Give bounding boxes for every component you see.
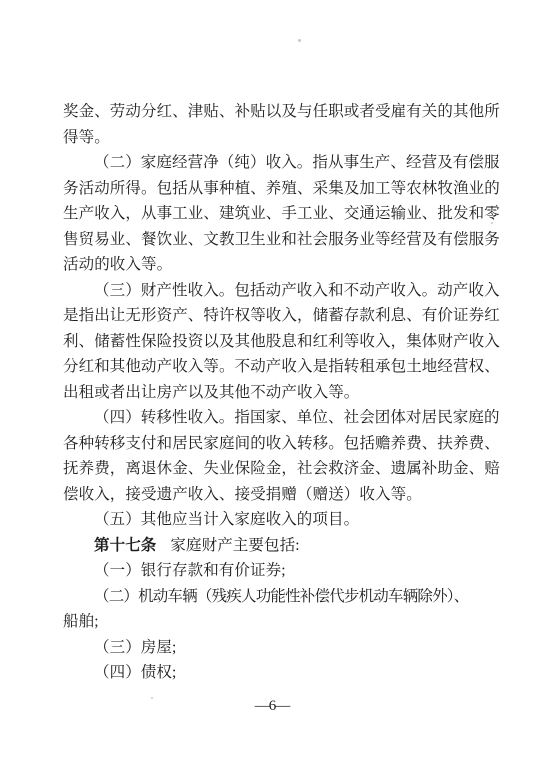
text-line: （一）银行存款和有价证券;	[63, 558, 487, 584]
text-line: 船舶;	[63, 609, 487, 635]
document-page: 奖金、劳动分红、津贴、补贴以及与任职或者受雇有关的其他所 得等。 （二）家庭经营…	[0, 0, 550, 768]
scan-speck	[491, 222, 493, 224]
page-number: —6—	[0, 697, 547, 715]
text-line: （三）财产性收入。包括动产收入和不动产收入。动产收入	[63, 278, 487, 304]
text-line: （二）家庭经营净（纯）收入。指从事生产、经营及有偿服	[63, 150, 487, 176]
text-line: 得等。	[63, 125, 487, 151]
article-title: 家庭财产主要包括:	[170, 537, 299, 554]
document-text-block: 奖金、劳动分红、津贴、补贴以及与任职或者受雇有关的其他所 得等。 （二）家庭经营…	[63, 99, 487, 686]
scan-speck	[298, 39, 301, 42]
text-line: 各种转移支付和居民家庭间的收入转移。包括赡养费、扶养费、	[63, 431, 487, 457]
article-17-heading: 第十七条家庭财产主要包括:	[63, 533, 487, 559]
text-line: 利、储蓄性保险投资以及其他股息和红利等收入，集体财产收入	[63, 329, 487, 355]
text-line: 务活动所得。包括从事种植、养殖、采集及加工等农林牧渔业的	[63, 176, 487, 202]
text-line: （四）债权;	[63, 660, 487, 686]
text-line: 活动的收入等。	[63, 252, 487, 278]
text-line: （五）其他应当计入家庭收入的项目。	[63, 507, 487, 533]
text-line: 偿收入，接受遗产收入、接受捐赠（赠送）收入等。	[63, 482, 487, 508]
text-line: （四）转移性收入。指国家、单位、社会团体对居民家庭的	[63, 405, 487, 431]
scan-speck	[151, 697, 153, 699]
article-number: 第十七条	[94, 537, 156, 554]
text-line: 生产收入，从事工业、建筑业、手工业、交通运输业、批发和零	[63, 201, 487, 227]
text-line: 抚养费，离退休金、失业保险金，社会救济金、遗属补助金、赔	[63, 456, 487, 482]
text-line: 分红和其他动产收入等。不动产收入是指转租承包土地经营权、	[63, 354, 487, 380]
text-line: （二）机动车辆（残疾人功能性补偿代步机动车辆除外）、	[63, 584, 487, 610]
text-line: （三）房屋;	[63, 635, 487, 661]
text-line: 售贸易业、餐饮业、文教卫生业和社会服务业等经营及有偿服务	[63, 227, 487, 253]
text-line: 出租或者出让房产以及其他不动产收入等。	[63, 380, 487, 406]
text-line: 奖金、劳动分红、津贴、补贴以及与任职或者受雇有关的其他所	[63, 99, 487, 125]
text-line: 是指出让无形资产、特许权等收入，储蓄存款利息、有价证券红	[63, 303, 487, 329]
